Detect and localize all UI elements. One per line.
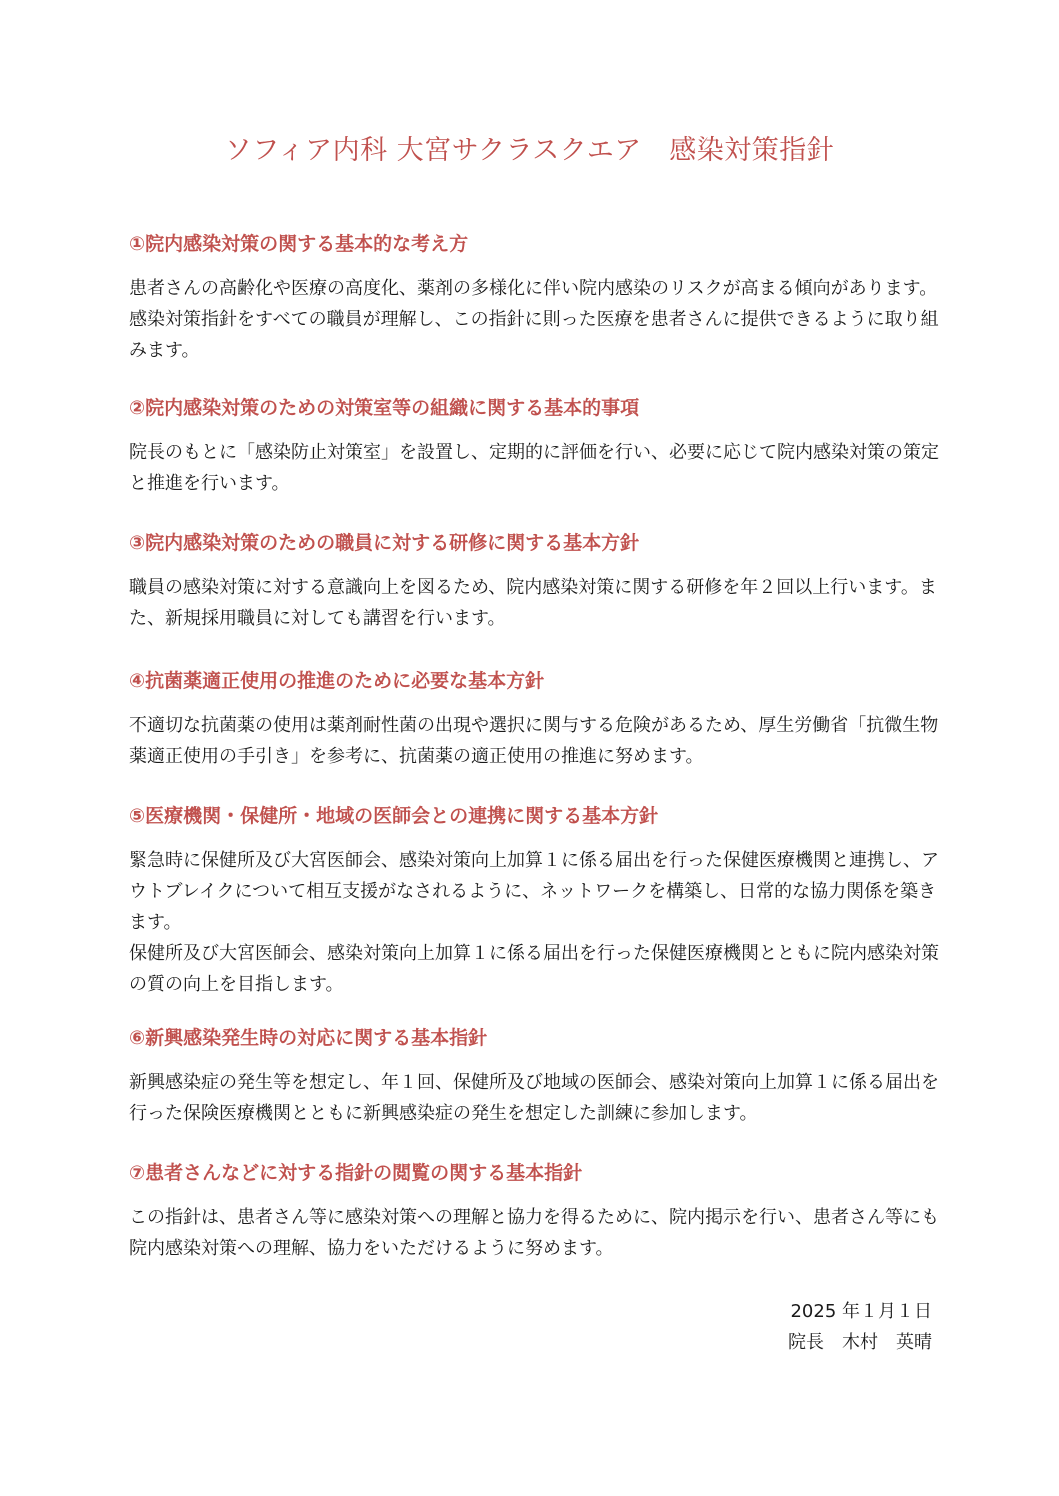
document-page: ソフィア内科 大宮サクラスクエア 感染対策指針 ①院内感染対策の関する基本的な考… bbox=[0, 0, 1059, 1496]
section-heading: ④抗菌薬適正使用の推進のために必要な基本方針 bbox=[129, 668, 939, 694]
section-heading: ①院内感染対策の関する基本的な考え方 bbox=[129, 231, 939, 257]
section-heading: ⑤医療機関・保健所・地域の医師会との連携に関する基本方針 bbox=[129, 803, 939, 829]
section-paragraph: 不適切な抗菌薬の使用は薬剤耐性菌の出現や選択に関与する危険があるため、厚生労働省… bbox=[129, 710, 939, 772]
section-heading: ②院内感染対策のための対策室等の組織に関する基本的事項 bbox=[129, 395, 939, 421]
section-heading: ③院内感染対策のための職員に対する研修に関する基本方針 bbox=[129, 530, 939, 556]
section-5: ⑤医療機関・保健所・地域の医師会との連携に関する基本方針 緊急時に保健所及び大宮… bbox=[129, 803, 939, 1000]
signature-signer: 院長 木村 英晴 bbox=[788, 1327, 932, 1358]
section-heading: ⑦患者さんなどに対する指針の閲覧の関する基本指針 bbox=[129, 1160, 939, 1186]
document-title: ソフィア内科 大宮サクラスクエア 感染対策指針 bbox=[0, 128, 1059, 167]
signature-date: 2025 年１月１日 bbox=[788, 1296, 932, 1327]
section-2: ②院内感染対策のための対策室等の組織に関する基本的事項 院長のもとに「感染防止対… bbox=[129, 395, 939, 499]
section-4: ④抗菌薬適正使用の推進のために必要な基本方針 不適切な抗菌薬の使用は薬剤耐性菌の… bbox=[129, 668, 939, 772]
section-paragraph: 保健所及び大宮医師会、感染対策向上加算１に係る届出を行った保健医療機関とともに院… bbox=[129, 938, 939, 1000]
section-heading: ⑥新興感染発生時の対応に関する基本指針 bbox=[129, 1025, 939, 1051]
section-paragraph: この指針は、患者さん等に感染対策への理解と協力を得るために、院内掲示を行い、患者… bbox=[129, 1202, 939, 1264]
section-paragraph: 新興感染症の発生等を想定し、年１回、保健所及び地域の医師会、感染対策向上加算１に… bbox=[129, 1067, 939, 1129]
section-paragraph: 院長のもとに「感染防止対策室」を設置し、定期的に評価を行い、必要に応じて院内感染… bbox=[129, 437, 939, 499]
section-paragraph: 緊急時に保健所及び大宮医師会、感染対策向上加算１に係る届出を行った保健医療機関と… bbox=[129, 845, 939, 938]
section-7: ⑦患者さんなどに対する指針の閲覧の関する基本指針 この指針は、患者さん等に感染対… bbox=[129, 1160, 939, 1264]
section-paragraph: 職員の感染対策に対する意識向上を図るため、院内感染対策に関する研修を年２回以上行… bbox=[129, 572, 939, 634]
section-1: ①院内感染対策の関する基本的な考え方 患者さんの高齢化や医療の高度化、薬剤の多様… bbox=[129, 231, 939, 366]
section-paragraph: 患者さんの高齢化や医療の高度化、薬剤の多様化に伴い院内感染のリスクが高まる傾向が… bbox=[129, 273, 939, 366]
section-3: ③院内感染対策のための職員に対する研修に関する基本方針 職員の感染対策に対する意… bbox=[129, 530, 939, 634]
signature-block: 2025 年１月１日 院長 木村 英晴 bbox=[788, 1296, 932, 1358]
section-6: ⑥新興感染発生時の対応に関する基本指針 新興感染症の発生等を想定し、年１回、保健… bbox=[129, 1025, 939, 1129]
